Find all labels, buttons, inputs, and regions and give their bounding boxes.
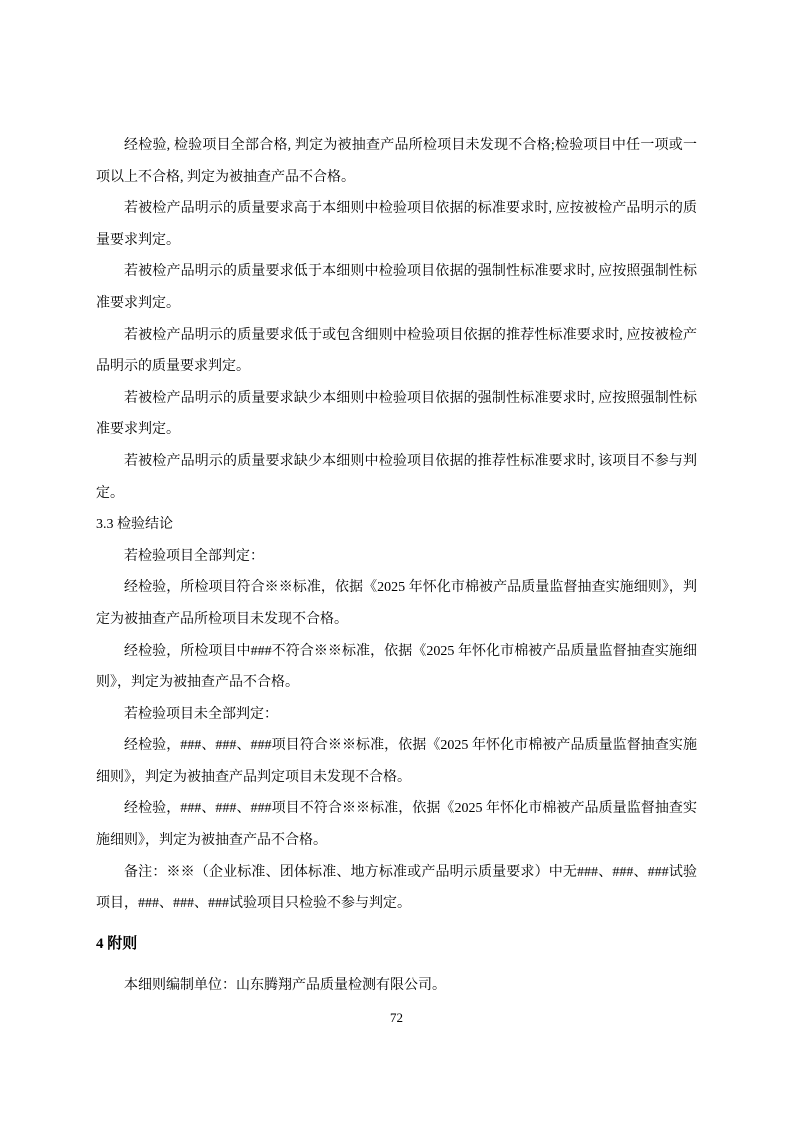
paragraph-partial-fail-conclusion: 经检验，###、###、###项目不符合※※标准，依据《2025 年怀化市棉被产… xyxy=(96,793,697,856)
paragraph-compiling-unit: 本细则编制单位：山东腾翔产品质量检测有限公司。 xyxy=(96,970,697,1002)
paragraph-all-items-judged-label: 若检验项目全部判定： xyxy=(96,541,697,573)
paragraph-quality-missing-mandatory-rule: 若被检产品明示的质量要求缺少本细则中检验项目依据的强制性标准要求时, 应按照强制… xyxy=(96,383,697,446)
document-page: 经检验, 检验项目全部合格, 判定为被抽查产品所检项目未发现不合格;检验项目中任… xyxy=(0,0,793,1122)
paragraph-quality-lower-mandatory-rule: 若被检产品明示的质量要求低于本细则中检验项目依据的强制性标准要求时, 应按照强制… xyxy=(96,256,697,319)
page-number: 72 xyxy=(0,1008,793,1028)
paragraph-remark-note: 备注：※※（企业标准、团体标准、地方标准或产品明示质量要求）中无###、###、… xyxy=(96,857,697,920)
paragraph-inspection-result-rule: 经检验, 检验项目全部合格, 判定为被抽查产品所检项目未发现不合格;检验项目中任… xyxy=(96,130,697,193)
paragraph-partial-pass-conclusion: 经检验，###、###、###项目符合※※标准，依据《2025 年怀化市棉被产品… xyxy=(96,730,697,793)
paragraph-quality-missing-recommended-rule: 若被检产品明示的质量要求缺少本细则中检验项目依据的推荐性标准要求时, 该项目不参… xyxy=(96,446,697,509)
paragraph-quality-higher-rule: 若被检产品明示的质量要求高于本细则中检验项目依据的标准要求时, 应按被检产品明示… xyxy=(96,193,697,256)
paragraph-fail-conclusion: 经检验，所检项目中###不符合※※标准，依据《2025 年怀化市棉被产品质量监督… xyxy=(96,636,697,699)
paragraph-quality-lower-recommended-rule: 若被检产品明示的质量要求低于或包含细则中检验项目依据的推荐性标准要求时, 应按被… xyxy=(96,320,697,383)
paragraph-not-all-judged-label: 若检验项目未全部判定： xyxy=(96,699,697,731)
paragraph-all-pass-conclusion: 经检验，所检项目符合※※标准，依据《2025 年怀化市棉被产品质量监督抽查实施细… xyxy=(96,572,697,635)
document-body: 经检验, 检验项目全部合格, 判定为被抽查产品所检项目未发现不合格;检验项目中任… xyxy=(96,130,697,1001)
section-heading-3-3-conclusion: 3.3 检验结论 xyxy=(96,509,697,541)
section-heading-4-appendix: 4 附则 xyxy=(96,928,697,960)
